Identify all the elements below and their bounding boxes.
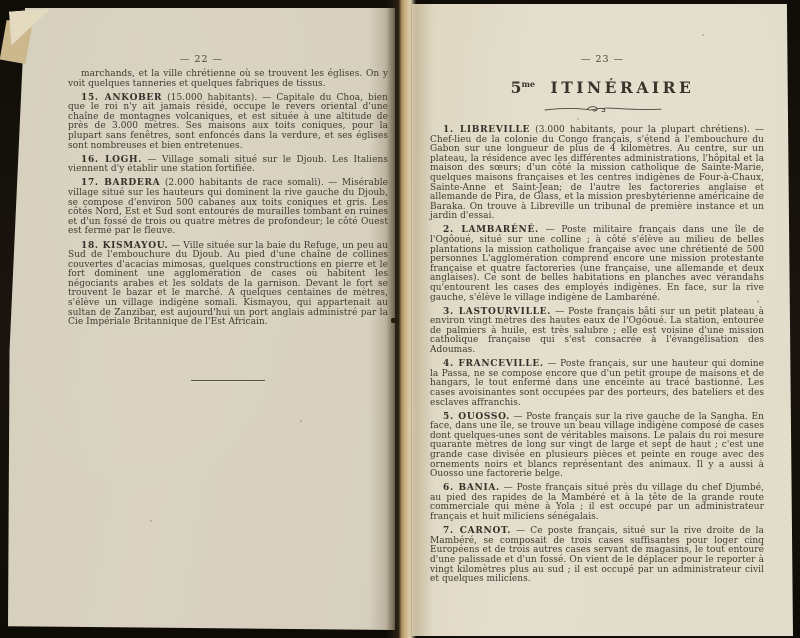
- paper-speck: [300, 420, 302, 422]
- entry-heading: 4. FRANCEVILLE.: [443, 359, 544, 369]
- paragraph-continuation: marchands, et la ville chrétienne où se …: [68, 70, 388, 89]
- page-number-left: — 22 —: [8, 54, 395, 65]
- page-number-right: — 23 —: [412, 54, 793, 65]
- entry-carnot: 7. CARNOT. — Ce poste français, situé su…: [430, 527, 764, 585]
- right-page: — 23 — 5me ITINÉRAIRE 1. LIBREVILLE (3.0…: [412, 4, 793, 636]
- entry-bania: 6. BANIA. — Poste français situé près du…: [430, 484, 764, 522]
- binding-notch: [391, 318, 399, 323]
- itinerary-heading-block: 5me ITINÉRAIRE: [412, 78, 793, 120]
- entry-libreville: 1. LIBREVILLE (3.000 habitants, pour la …: [430, 126, 764, 222]
- itinerary-title: ITINÉRAIRE: [550, 78, 694, 97]
- entry-ankober: 15. ANKOBER (15.000 habitants). — Capita…: [68, 94, 388, 152]
- section-divider: [191, 380, 265, 381]
- entry-heading: 18. KISMAYOU.: [81, 241, 168, 251]
- paper-speck: [640, 560, 642, 562]
- entry-heading: 17. BARDERA: [81, 178, 160, 188]
- entry-lambarene: 2. LAMBARÉNÉ. — Poste militaire français…: [430, 226, 764, 303]
- entry-bardera: 17. BARDERA (2.000 habitants de race som…: [68, 179, 388, 237]
- paper-speck: [702, 34, 704, 36]
- paper-speck: [577, 118, 579, 120]
- book-photo: — 22 — marchands, et la ville chrétienne…: [0, 0, 800, 638]
- itinerary-heading: 5me ITINÉRAIRE: [412, 78, 793, 97]
- left-page: — 22 — marchands, et la ville chrétienne…: [8, 8, 395, 630]
- entry-heading: 2. LAMBARÉNÉ.: [443, 225, 539, 235]
- itinerary-number: 5: [511, 78, 522, 97]
- entry-kismayou: 18. KISMAYOU. — Ville située sur la baie…: [68, 242, 388, 328]
- entry-heading: 6. BANIA.: [443, 483, 500, 493]
- entry-heading: 1. LIBREVILLE: [443, 125, 530, 135]
- paper-speck: [757, 300, 759, 303]
- left-text-column: marchands, et la ville chrétienne où se …: [68, 70, 388, 381]
- paper-speck: [150, 520, 152, 522]
- entry-lastourville: 3. LASTOURVILLE. — Poste français bâti s…: [430, 308, 764, 356]
- itinerary-ordinal: me: [521, 79, 535, 89]
- right-text-column: 1. LIBREVILLE (3.000 habitants, pour la …: [430, 126, 764, 589]
- entry-ouosso: 5. OUOSSO. — Poste français sur la rive …: [430, 413, 764, 480]
- entry-franceville: 4. FRANCEVILLE. — Poste français, sur un…: [430, 360, 764, 408]
- entry-heading: 7. CARNOT.: [443, 526, 511, 536]
- flourish-ornament-icon: [412, 101, 793, 120]
- entry-logh: 16. LOGH. — Village somali situé sur le …: [68, 156, 388, 175]
